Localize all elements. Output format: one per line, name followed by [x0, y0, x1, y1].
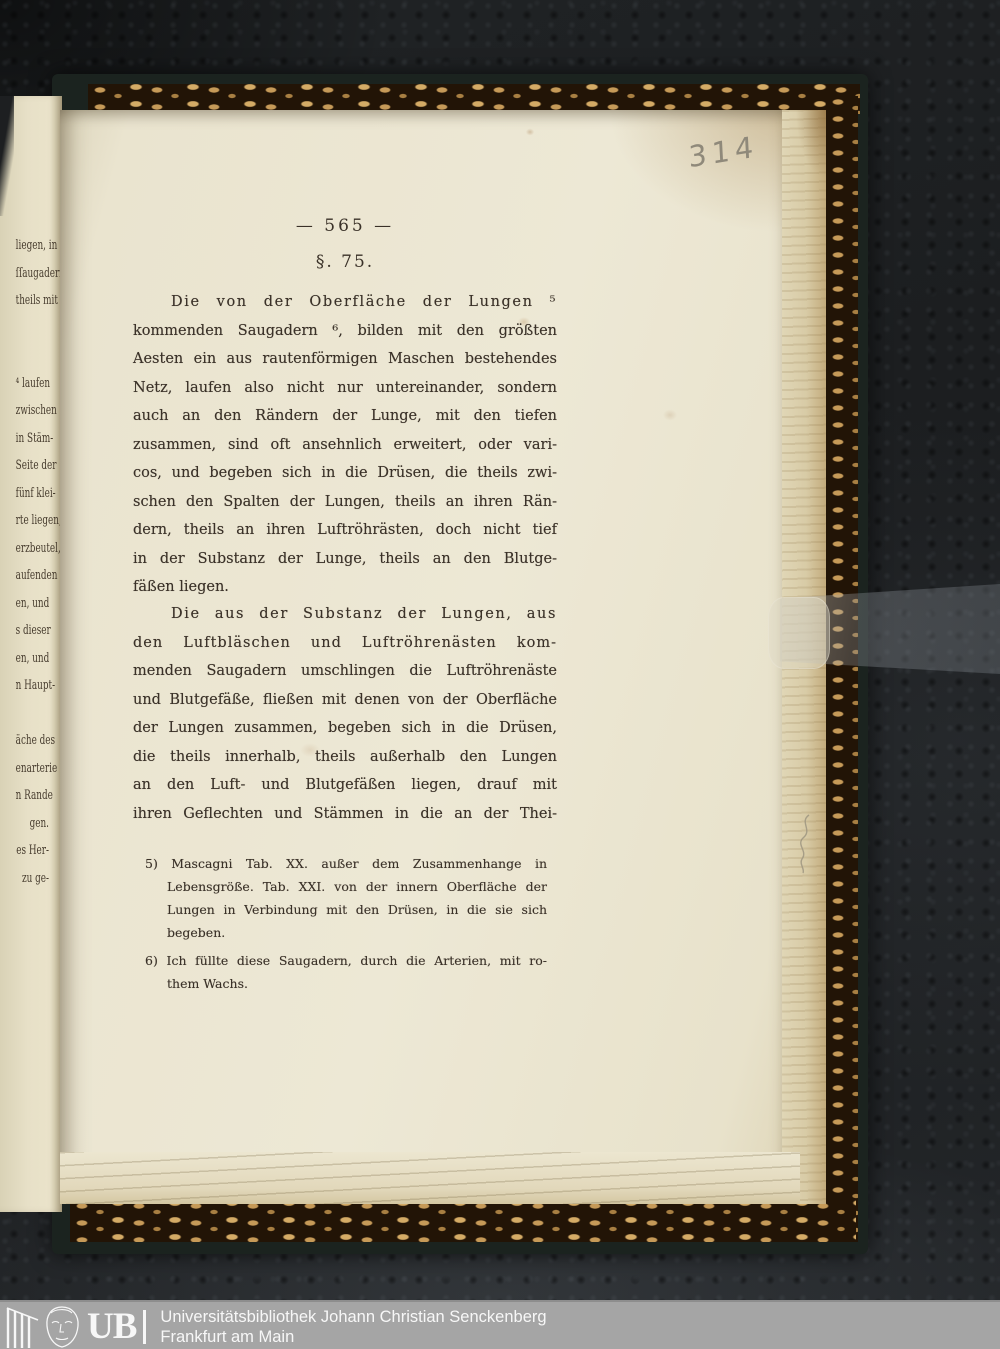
text-fragment: enarterie [16, 755, 49, 783]
paragraph-2: Die aus der Substanz der Lungen, ausden … [133, 600, 557, 828]
text-fragment: zu ge- [16, 865, 49, 893]
facing-page-edge: liegen, inſſaugaderntheils mit⁴ laufenzw… [0, 96, 62, 1212]
footnote-line: begeben. [145, 921, 547, 944]
text-fragment: es Her- [16, 837, 49, 865]
footnote-line: Lungen in Verbindung mit den Drüsen, in … [145, 898, 547, 921]
text-line: schen den Spalten der Lungen, theils an … [133, 488, 557, 517]
text-fragment [16, 315, 49, 343]
text-line: zusammen, sind oft ansehnlich erweitert,… [133, 431, 557, 460]
book-page: 314 — 565 — §. 75. Die von der Oberfläch… [60, 110, 782, 1204]
text-fragment: ⁴ laufen [16, 370, 49, 398]
text-line: dern, theils an ihren Luftröhrästen, doc… [133, 516, 557, 545]
paragraph-1: Die von der Oberfläche der Lungen ⁵komme… [133, 288, 557, 602]
text-line: menden Saugadern umschlingen die Luftröh… [133, 657, 557, 686]
text-fragment: n Haupt- [16, 672, 49, 700]
ub-logo-text: UB [87, 1308, 136, 1345]
text-fragment [16, 342, 49, 370]
text-fragment: ſſaugadern [16, 260, 49, 288]
text-fragment: aufenden [16, 562, 49, 590]
institution-city: Frankfurt am Main [160, 1327, 546, 1347]
institution-name: Universitätsbibliothek Johann Christian … [160, 1307, 546, 1327]
text-fragment: fünf klei- [16, 480, 49, 508]
text-fragment: äche des [16, 727, 49, 755]
section-heading: §. 75. [133, 252, 557, 272]
text-fragment: in Stäm- [16, 425, 49, 453]
printed-page-number: — 565 — [133, 216, 557, 236]
text-line: Die von der Oberfläche der Lungen ⁵ [133, 288, 557, 317]
text-line: die theils innerhalb, theils außerhalb d… [133, 743, 557, 772]
text-fragment: theils mit [16, 287, 49, 315]
ub-logo: UB [0, 1302, 146, 1349]
footnote-line: 5) Mascagni Tab. XX. außer dem Zusammenh… [145, 852, 547, 875]
book-spines-icon [5, 1305, 39, 1349]
book-holder-strip-tip [768, 597, 830, 669]
text-fragment: s dieser [16, 617, 49, 645]
text-line: Aesten ein aus rautenförmigen Maschen be… [133, 345, 557, 374]
text-fragment: en, und [16, 645, 49, 673]
page-bottom-deckle-edge [60, 1152, 800, 1204]
text-line: kommenden Saugadern ⁶, bilden mit den gr… [133, 317, 557, 346]
logo-divider [143, 1310, 146, 1344]
text-line: der Lungen zusammen, begeben sich in die… [133, 714, 557, 743]
text-fragment: n Rande [16, 782, 49, 810]
text-fragment: Seite der [16, 452, 49, 480]
footnote-line: Lebensgröße. Tab. XXI. von der innern Ob… [145, 875, 547, 898]
footnote-line: 6) Ich füllte diese Saugadern, durch die… [145, 949, 547, 972]
marbled-cover-bottom-edge [70, 1200, 856, 1242]
text-fragment: liegen, in [16, 232, 49, 260]
text-line: fäßen liegen. [133, 573, 557, 602]
footnote-5: 5) Mascagni Tab. XX. außer dem Zusammenh… [145, 852, 547, 944]
text-fragment: gen. [16, 810, 49, 838]
text-line: auch an den Rändern der Lunge, mit den t… [133, 402, 557, 431]
text-fragment [16, 700, 49, 728]
banner-text: Universitätsbibliothek Johann Christian … [160, 1307, 546, 1347]
text-line: Netz, laufen also nicht nur untereinande… [133, 374, 557, 403]
text-line: den Luftbläschen und Luftröhrenästen kom… [133, 629, 557, 658]
text-line: cos, und begeben sich in die Drüsen, die… [133, 459, 557, 488]
text-fragment: rte liegen, [16, 507, 49, 535]
footnote-line: them Wachs. [145, 972, 547, 995]
facing-page-text-fragments: liegen, inſſaugaderntheils mit⁴ laufenzw… [16, 232, 49, 892]
marbled-cover-right-edge [826, 96, 858, 1242]
text-line: an den Luft- und Blutgefäßen liegen, dra… [133, 771, 557, 800]
library-watermark-banner: UB Universitätsbibliothek Johann Christi… [0, 1300, 1000, 1349]
text-line: in der Substanz der Lunge, theils an den… [133, 545, 557, 574]
pencil-squiggle [795, 812, 819, 876]
text-line: und Blutgefäße, fließen mit denen von de… [133, 686, 557, 715]
text-line: Die aus der Substanz der Lungen, aus [133, 600, 557, 629]
handwritten-page-number: 314 [688, 128, 769, 175]
text-fragment: zwischen [16, 397, 49, 425]
text-fragment: en, und [16, 590, 49, 618]
text-line: ihren Geflechten und Stämmen in die an d… [133, 800, 557, 829]
text-fragment: erzbeutel, [16, 535, 49, 563]
footnote-6: 6) Ich füllte diese Saugadern, durch die… [145, 949, 547, 995]
goethe-portrait-icon [39, 1304, 85, 1349]
